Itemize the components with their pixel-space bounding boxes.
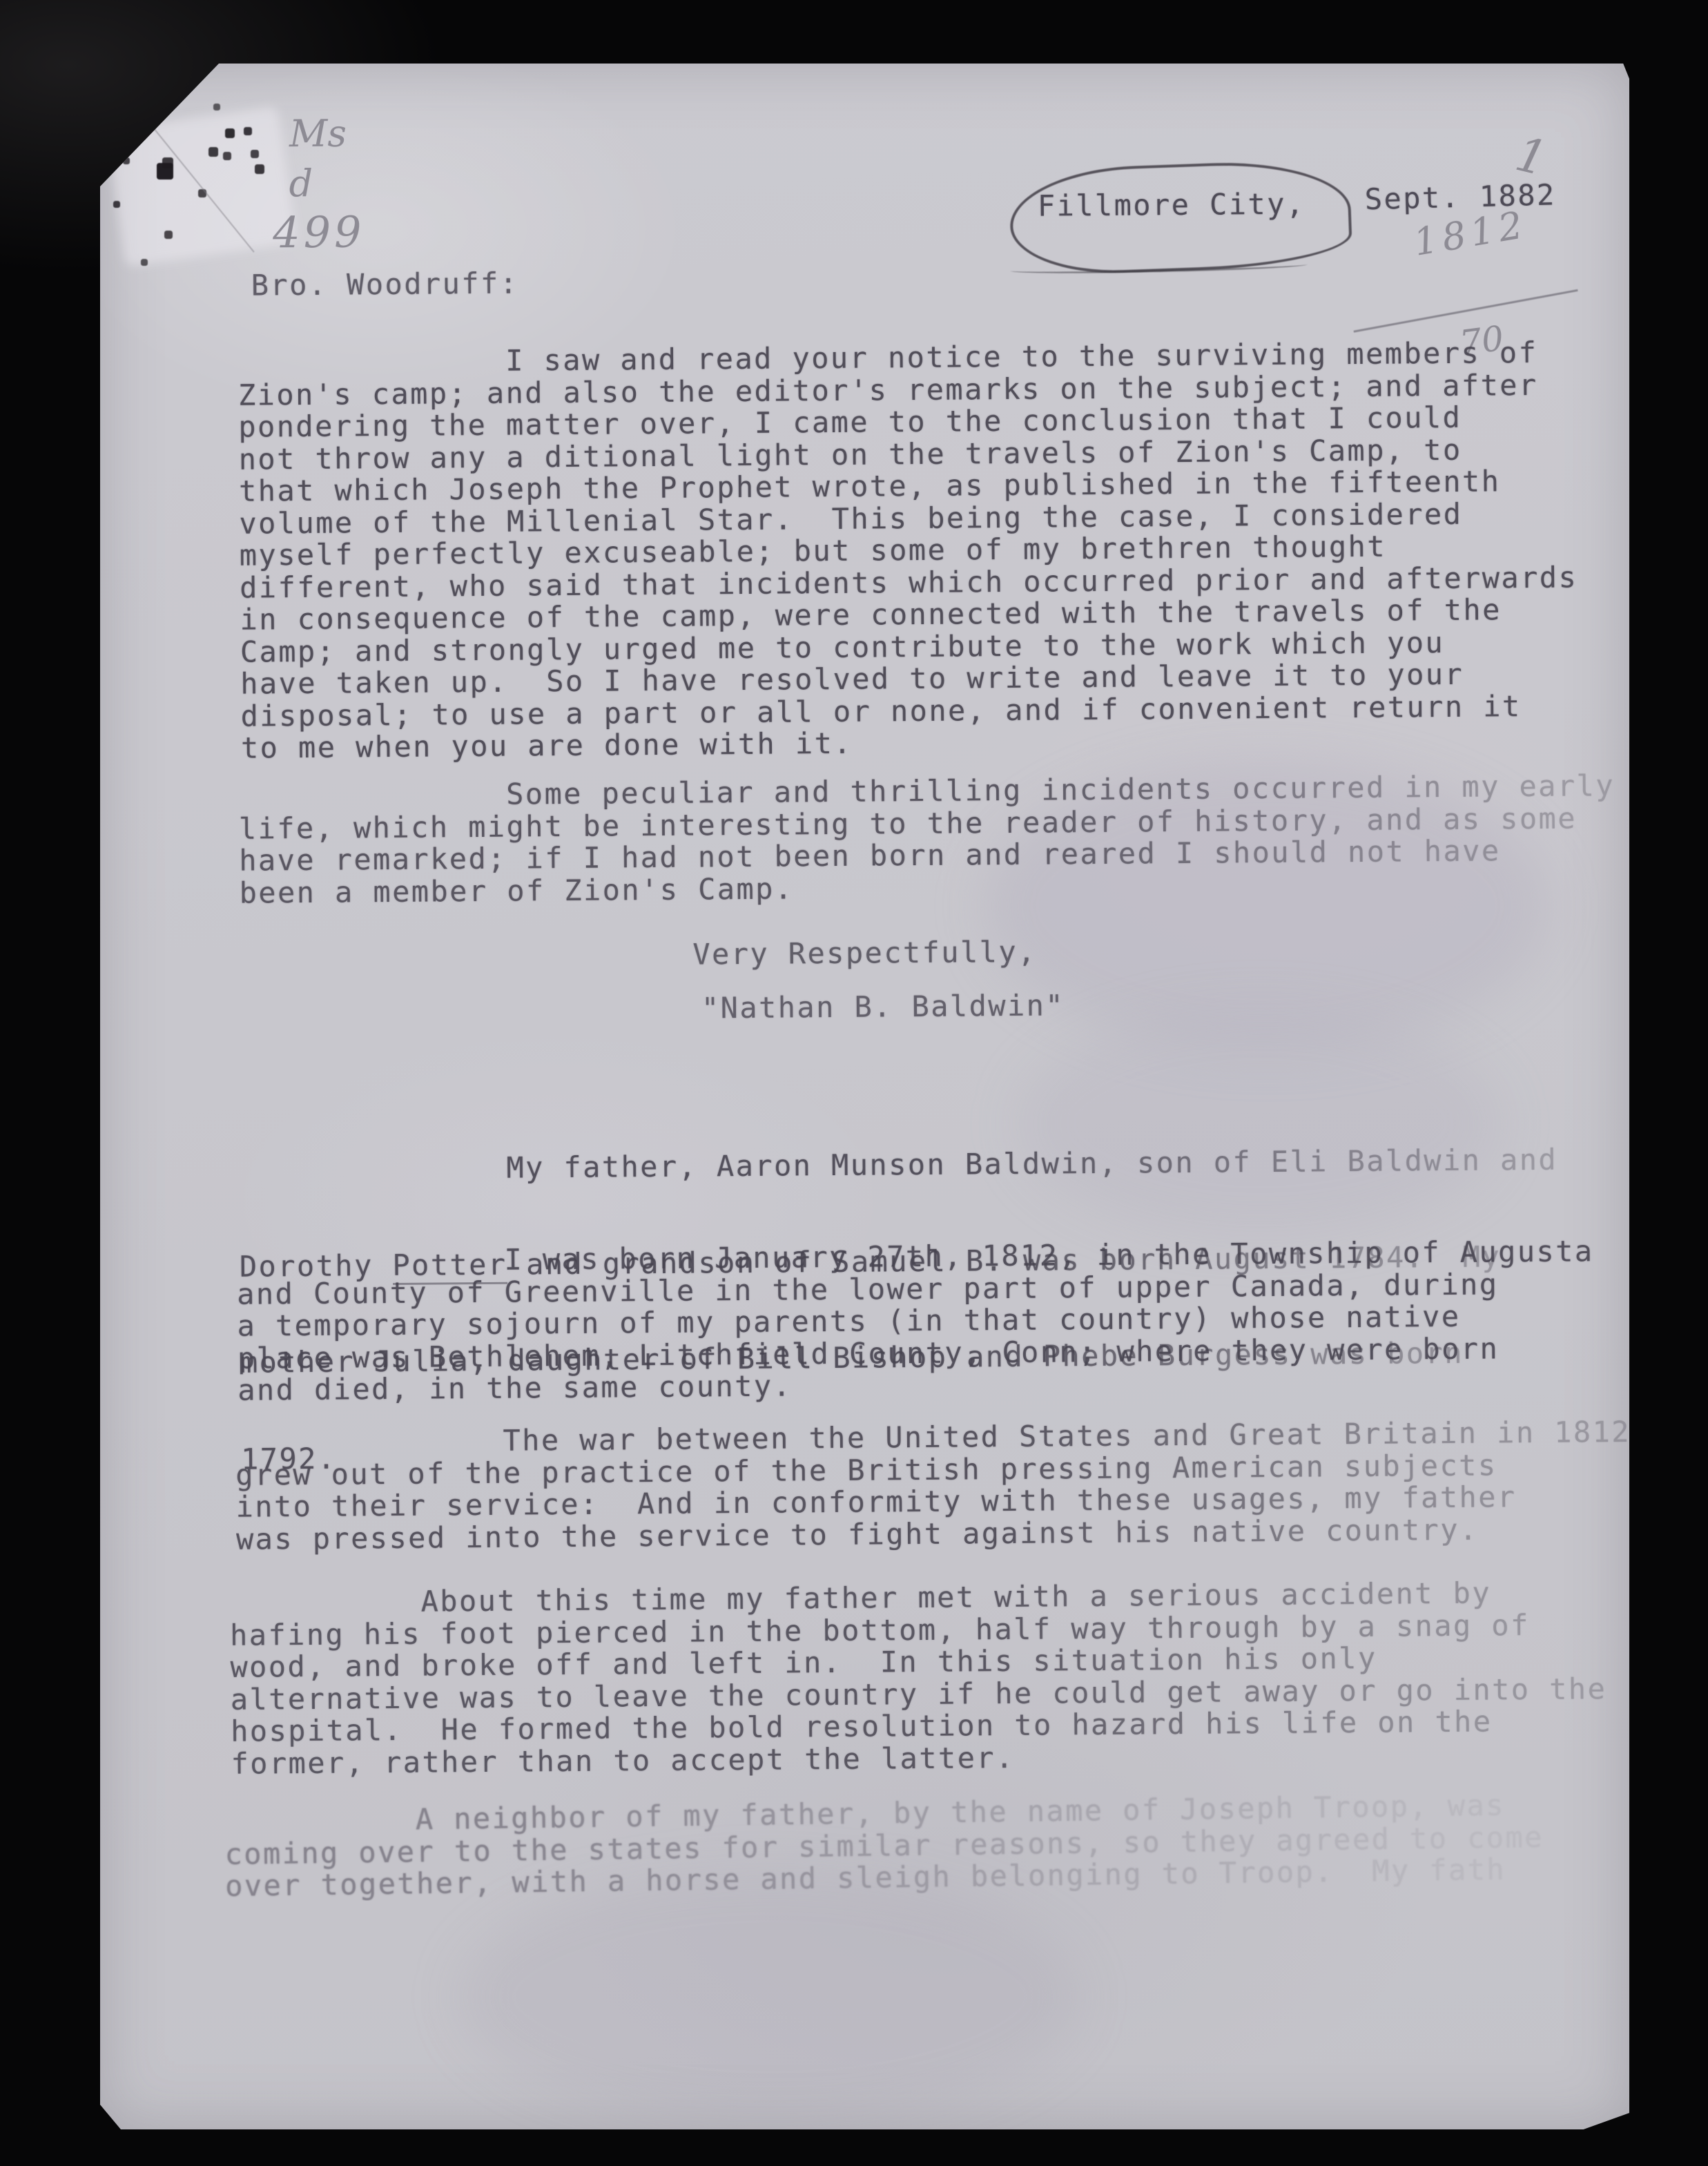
letter-page: Ms d 499 Fillmore City, Sept. 1882 1 181…: [100, 64, 1629, 2129]
scanned-letter-photo: { "letter": { "archive": { "line1": "Ms"…: [0, 0, 1708, 2166]
paragraph-4: I was born January 27th, 1812, in the To…: [237, 1235, 1595, 1406]
father-line-1: My father, Aaron Munson Baldwin, son of …: [239, 1144, 1558, 1187]
paragraph-2: Some peculiar and thrilling incidents oc…: [238, 770, 1615, 909]
ink-damage-spots: [100, 64, 101, 65]
salutation: Bro. Woodruff:: [251, 268, 519, 302]
signature: "Nathan B. Baldwin": [701, 989, 1065, 1025]
closing-respectfully: Very Respectfully,: [692, 936, 1037, 971]
letter-content: Ms d 499 Fillmore City, Sept. 1882 1 181…: [92, 53, 1637, 2131]
archive-mark-d: d: [289, 162, 313, 205]
paragraph-5: The war between the United States and Gr…: [235, 1416, 1631, 1556]
dateline-place: Fillmore City,: [1038, 188, 1306, 223]
archive-mark-number: 499: [273, 206, 365, 258]
paragraph-1: I saw and read your notice to the surviv…: [237, 337, 1579, 765]
paragraph-6: About this time my father met with a ser…: [230, 1576, 1608, 1780]
archive-mark-ms: Ms: [289, 112, 347, 156]
dateline-date: Sept. 1882: [1364, 179, 1556, 215]
paragraph-7: A neighbor of my father, by the name of …: [224, 1789, 1544, 1902]
